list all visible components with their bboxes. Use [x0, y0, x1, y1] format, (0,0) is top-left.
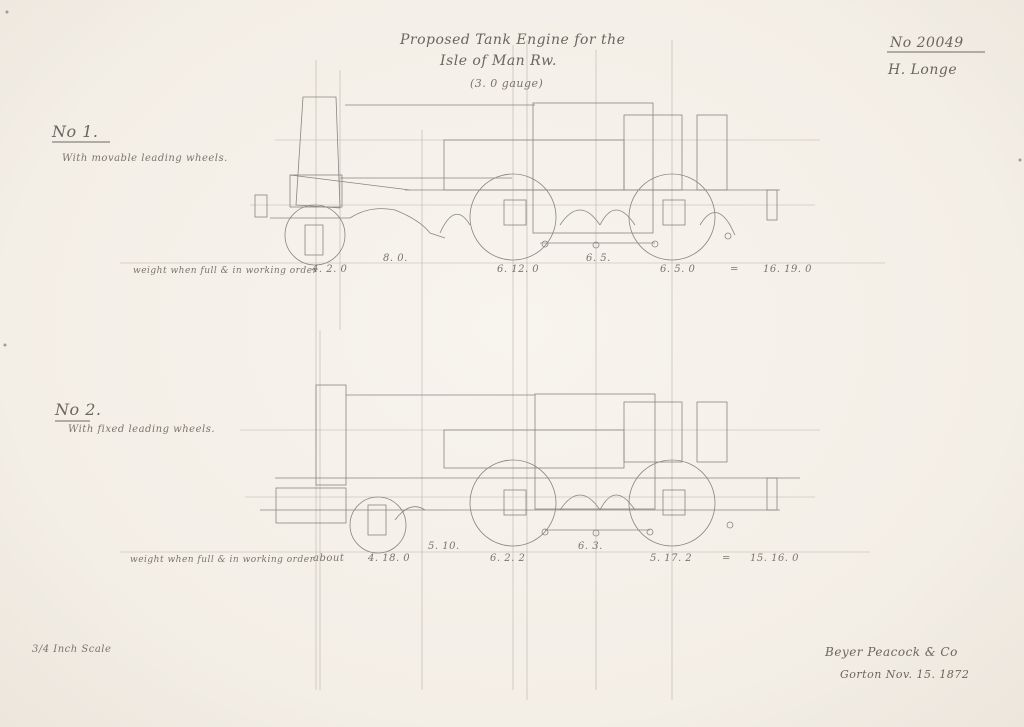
design2-weight-leading: 4. 18. 0: [368, 553, 410, 564]
design1-spacing2: 6. 5.: [586, 253, 611, 264]
maker-date: Gorton Nov. 15. 1872: [840, 668, 969, 681]
design1-spacing1: 8. 0.: [383, 253, 408, 264]
design2-subtitle: With fixed leading wheels.: [68, 424, 215, 435]
maker-name: Beyer Peacock & Co: [825, 645, 958, 659]
design1-weights-caption: weight when full & in working order: [133, 266, 317, 276]
design2-weight-prefix: about: [313, 553, 344, 564]
design1-equals: =: [730, 264, 739, 275]
design2-spacing2: 6. 3.: [578, 541, 603, 552]
design1-weight-driving: 6. 12. 0: [497, 264, 539, 275]
design2-spacing1: 5. 10.: [428, 541, 460, 552]
scale-note: 3/4 Inch Scale: [32, 644, 111, 655]
design1-weight-trailing: 6. 5. 0: [660, 264, 695, 275]
construction-lines: [120, 40, 885, 700]
design1-label: No 1.: [52, 122, 98, 141]
design2-weight-trailing: 5. 17. 2: [650, 553, 692, 564]
title-line3: (3. 0 gauge): [470, 77, 543, 90]
design2-label: No 2.: [55, 400, 101, 419]
design2-weights-caption: weight when full & in working order: [130, 555, 314, 565]
locomotive-no2: [260, 385, 800, 553]
drawing-number: No 20049: [890, 35, 964, 51]
title-line2: Isle of Man Rw.: [440, 53, 557, 69]
design2-equals: =: [722, 553, 731, 564]
locomotive-no1: [255, 97, 780, 265]
design1-subtitle: With movable leading wheels.: [62, 153, 228, 164]
design1-weight-total: 16. 19. 0: [763, 264, 812, 275]
title-line1: Proposed Tank Engine for the: [400, 32, 625, 48]
design1-weight-leading: 4. 2. 0: [312, 264, 347, 275]
locomotive-drawing: [0, 0, 1024, 727]
design2-weight-driving: 6. 2. 2: [490, 553, 525, 564]
design2-weight-total: 15. 16. 0: [750, 553, 799, 564]
drawing-sheet: Proposed Tank Engine for the Isle of Man…: [0, 0, 1024, 727]
draughtsman-name: H. Longe: [888, 62, 957, 78]
